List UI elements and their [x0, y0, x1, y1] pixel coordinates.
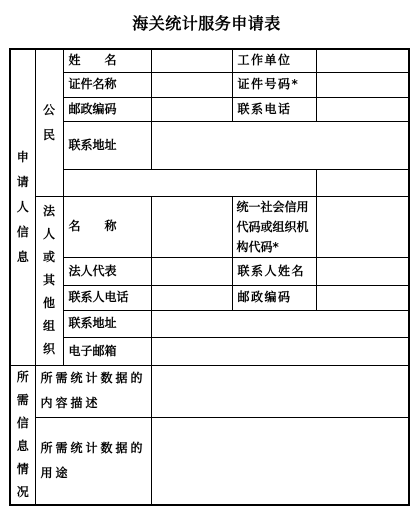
org-contact-phone-label: 联系人电话 [63, 285, 151, 310]
data-content-description-label: 所需统计数据的 内容描述 [35, 365, 151, 418]
citizen-name-label: 姓 名 [63, 49, 151, 72]
citizen-postal-code-input[interactable] [151, 97, 232, 121]
org-contact-name-label: 联系人姓名 [232, 257, 316, 285]
org-email-label: 电子邮箱 [63, 337, 151, 365]
citizen-work-unit-input[interactable] [316, 49, 409, 72]
group-citizen-text: 公民 [42, 98, 56, 148]
org-credit-code-input[interactable] [316, 196, 409, 257]
citizen-work-unit-label: 工作单位 [232, 49, 316, 72]
application-form-table: 申请人信息 公民 姓 名 工作单位 证件名称 证件号码* 邮政编码 联系电话 联… [9, 48, 410, 506]
org-contact-name-input[interactable] [316, 257, 409, 285]
org-name-label: 名 称 [63, 196, 151, 257]
group-organization-text: 法人或其他组织 [42, 200, 56, 361]
data-purpose-label: 所需统计数据的 用途 [35, 418, 151, 505]
citizen-id-type-label: 证件名称 [63, 72, 151, 97]
org-postal-code-input[interactable] [316, 285, 409, 310]
spacer-cell-right [316, 169, 409, 196]
citizen-id-number-label: 证件号码* [232, 72, 316, 97]
citizen-id-type-input[interactable] [151, 72, 232, 97]
form-title: 海关统计服务申请表 [0, 11, 413, 34]
citizen-phone-input[interactable] [316, 97, 409, 121]
org-legal-rep-input[interactable] [151, 257, 232, 285]
group-citizen-label: 公民 [35, 49, 63, 196]
citizen-id-number-input[interactable] [316, 72, 409, 97]
spacer-cell-left [63, 169, 316, 196]
section-applicant-info-label: 申请人信息 [10, 49, 35, 365]
citizen-address-label: 联系地址 [63, 121, 151, 169]
section-required-info-text: 所需信息情况 [16, 366, 30, 504]
org-address-input[interactable] [151, 310, 409, 337]
org-postal-code-label: 邮政编码 [232, 285, 316, 310]
section-applicant-info-text: 申请人信息 [16, 145, 30, 270]
citizen-name-input[interactable] [151, 49, 232, 72]
data-purpose-input[interactable] [151, 418, 409, 505]
org-credit-code-label: 统一社会信用 代码或组织机 构代码* [232, 196, 316, 257]
citizen-phone-label: 联系电话 [232, 97, 316, 121]
section-required-info-label: 所需信息情况 [10, 365, 35, 505]
org-contact-phone-input[interactable] [151, 285, 232, 310]
citizen-address-input[interactable] [151, 121, 409, 169]
org-email-input[interactable] [151, 337, 409, 365]
group-organization-label: 法人或其他组织 [35, 196, 63, 365]
org-legal-rep-label: 法人代表 [63, 257, 151, 285]
org-name-input[interactable] [151, 196, 232, 257]
data-content-description-input[interactable] [151, 365, 409, 418]
citizen-postal-code-label: 邮政编码 [63, 97, 151, 121]
org-address-label: 联系地址 [63, 310, 151, 337]
